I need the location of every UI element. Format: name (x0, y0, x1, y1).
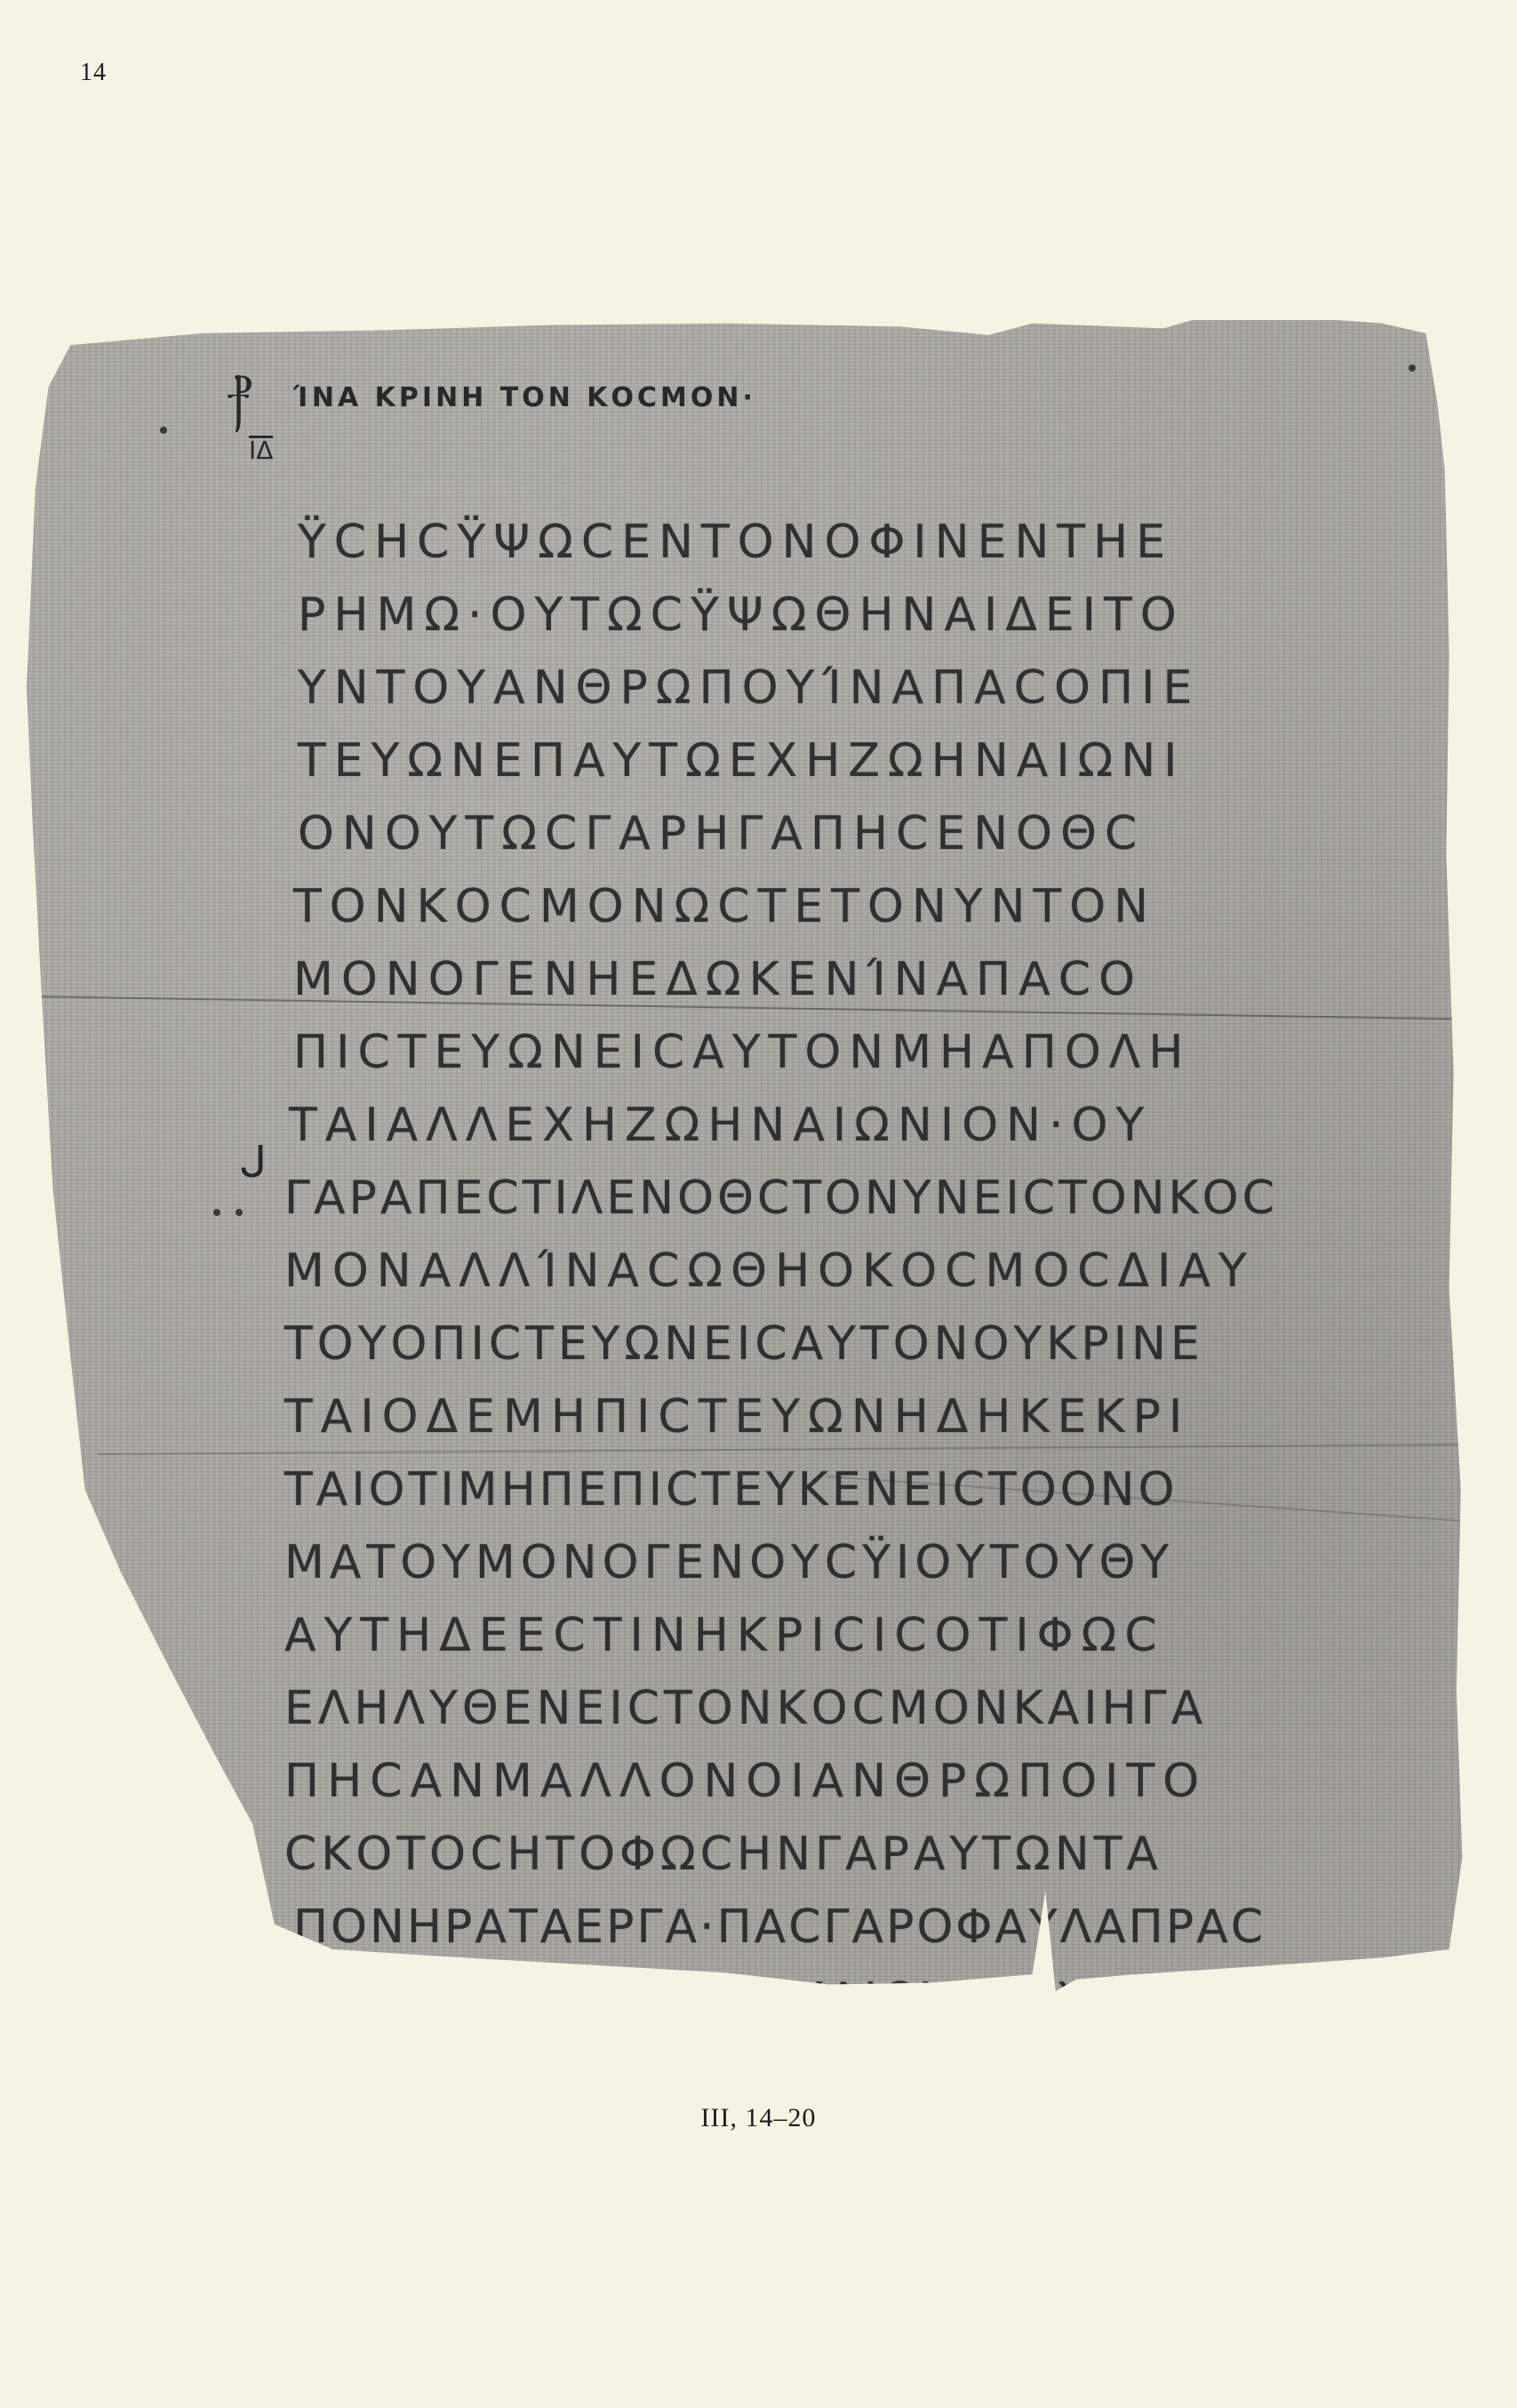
ink-spot (1409, 364, 1416, 372)
staurogram-symbol: ⳨ (227, 373, 253, 430)
page-number: 14 (80, 59, 107, 87)
manuscript-line: CΚΟΤΟCΗΤΟΦΩCΗΝΓΑΡΑΥΤΩΝΤΑ (284, 1828, 1162, 1881)
manuscript-line: ΤΑΙΑΛΛΕΧΗΖΩΗΝΑΙΩΝΙΟΝ·ΟΥ (289, 1099, 1152, 1152)
manuscript-line: ΜΑΤΟΥΜΟΝΟΓΕΝΟΥCΫΙΟΥΤΟΥΘΥ (284, 1536, 1174, 1589)
manuscript-line: ΤΟΥΟΠΙCΤΕΥΩΝΕΙCΑΥΤΟΝΟΥΚΡΙΝΕ (284, 1317, 1204, 1371)
margin-hook-mark: ᒍ (240, 1138, 267, 1188)
manuscript-line: ΕΛΗΛΥΘΕΝΕΙCΤΟΝΚΟCΜΟΝΚΑΙΗΓΑ (284, 1682, 1207, 1735)
manuscript-line: ΡΗΜΩ·ΟΥΤΩCΫΨΩΘΗΝΑΙΔΕΙΤΟ (298, 588, 1185, 642)
manuscript-line: CΩΝΜΕΙCΕΙΤΟΦΩCΚΑΙΟΥΚΕΡΧΕΤΑΙ (302, 1973, 1212, 2027)
manuscript-line: ΠΙCΤΕΥΩΝΕΙCΑΥΤΟΝΜΗΑΠΟΛΗ (293, 1026, 1191, 1079)
manuscript-line: ΠΟΝΗΡΑΤΑΕΡΓΑ·ΠΑCΓΑΡΟΦΑΥΛΑΠΡΑC (293, 1900, 1265, 1954)
manuscript-line: ΫCΗCΫΨΩCΕΝΤΟΝΟΦΙΝΕΝΤΗΕ (298, 516, 1173, 569)
manuscript-line: ΑΥΤΗΔΕΕCΤΙΝΗΚΡΙCΙCΟΤΙΦΩC (284, 1609, 1165, 1662)
papyrus-fragment-photo: ⳨ ΙΔ ΊΝΑ ΚΡΙΝΗ ΤΟΝ ΚΟCΜΟΝ· ΫCΗCΫΨΩCΕΝΤΟΝ… (27, 320, 1484, 1991)
manuscript-line: ΤΟΝΚΟCΜΟΝΩCΤΕΤΟΝΥΝΤΟΝ (293, 880, 1156, 933)
ink-spot (236, 1209, 243, 1216)
heading-line: ΊΝΑ ΚΡΙΝΗ ΤΟΝ ΚΟCΜΟΝ· (293, 382, 756, 413)
manuscript-line: ΟΝΟΥΤΩCΓΑΡΗΓΑΠΗCΕΝΟΘC (298, 807, 1145, 860)
manuscript-line: ΤΑΙΟΔΕΜΗΠΙCΤΕΥΩΝΗΔΗΚΕΚΡΙ (284, 1390, 1190, 1444)
manuscript-text: ⳨ ΙΔ ΊΝΑ ΚΡΙΝΗ ΤΟΝ ΚΟCΜΟΝ· ΫCΗCΫΨΩCΕΝΤΟΝ… (27, 320, 1484, 1991)
manuscript-line: ΜΟΝΟΓΕΝΗΕΔΩΚΕΝΊΝΑΠΑCΟ (293, 953, 1143, 1006)
manuscript-line: ΥΝΤΟΥΑΝΘΡΩΠΟΥΊΝΑΠΑCΟΠΙΕ (298, 661, 1200, 715)
marginal-number: ΙΔ (249, 436, 273, 463)
ink-spot (213, 1209, 220, 1216)
manuscript-line: ΜΟΝΑΛΛΊΝΑCΩΘΗΟΚΟCΜΟCΔΙΑΥ (284, 1244, 1255, 1298)
plate-caption: III, 14–20 (0, 2103, 1517, 2133)
manuscript-line: ΓΑΡΑΠΕCΤΙΛΕΝΟΘCΤΟΝΥΝΕΙCΤΟΝΚΟC (284, 1172, 1278, 1225)
manuscript-line: ΤΕΥΩΝΕΠΑΥΤΩΕΧΗΖΩΗΝΑΙΩΝΙ (298, 734, 1186, 788)
ink-spot (160, 427, 167, 434)
manuscript-line: ΤΑΙΟΤΙΜΗΠΕΠΙCΤΕΥΚΕΝΕΙCΤΟΟΝΟ (284, 1463, 1178, 1516)
manuscript-line: ΠΗCΑΝΜΑΛΛΟΝΟΙΑΝΘΡΩΠΟΙΤΟ (284, 1755, 1207, 1808)
